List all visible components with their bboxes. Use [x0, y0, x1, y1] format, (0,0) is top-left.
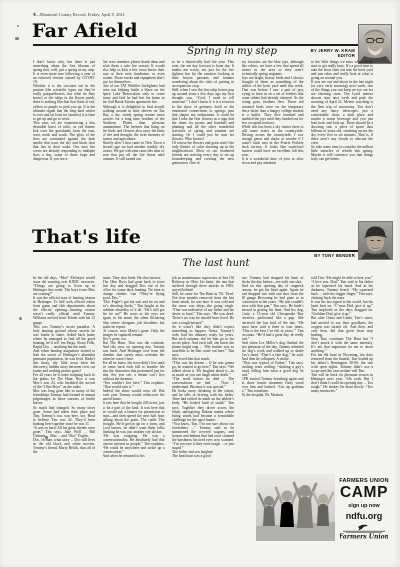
folio-text: —Mountrail County Record, Friday, April … [36, 12, 125, 17]
masthead-rule [33, 250, 391, 252]
portrait-man-glasses-beard-icon [359, 25, 391, 63]
article2-column-5: told Tim, “He might be able to hear you.… [311, 276, 373, 457]
farmers-union-logo-text: Farmers Union [340, 533, 388, 540]
portrait-man-cap-icon [359, 222, 392, 259]
section-masthead-far-afield: Far Afield [32, 20, 138, 42]
children-arms-raised-photo-icon [256, 474, 335, 541]
article2-column-1: In the old days, “Mac” McIntyre would is… [33, 276, 95, 546]
article2-column-2: hunts. They shot birds. He shot movies. … [103, 276, 165, 546]
article1-column-4: my favorites are the blue jays, although… [242, 60, 304, 218]
columnist-photo-tony-bender [358, 221, 393, 260]
article-title-the-last-hunt: The last hunt [136, 258, 296, 269]
scan-speck [19, 317, 22, 320]
article1-column-1: I don’t know why, but there is just some… [33, 60, 95, 218]
article1-column-5: to the little things we miss when things… [311, 60, 373, 218]
folio: 4—Mountrail County Record, Friday, April… [33, 12, 125, 18]
article2-column-3: job as maintenance supervisor at Sun Oil… [172, 276, 234, 546]
newspaper-page: 4—Mountrail County Record, Friday, April… [0, 0, 400, 567]
article1-column-2: fire crew member, please thank them and … [103, 60, 165, 218]
scan-speck [15, 37, 19, 40]
article1-column-3: to be a historically bad fire year. This… [172, 60, 234, 218]
ad-text-block: FARMERS UNION CAMP sign up now ndfu.org … [336, 478, 392, 546]
ad-signup-text: sign up now [336, 503, 392, 509]
scan-speck [17, 25, 19, 27]
editor-photo-jerry-kram [358, 24, 392, 64]
section-masthead-thats-life: That's life [32, 226, 141, 248]
farmers-union-camp-ad: FARMERS UNION CAMP sign up now ndfu.org … [252, 470, 392, 550]
ad-url: ndfu.org [336, 511, 392, 521]
ad-camp-word: CAMP [336, 485, 392, 500]
farmers-union-logo: Farmers Union [340, 523, 388, 541]
article-title-spring-in-my-step: Spring in my step [152, 46, 312, 57]
camp-kids-photo [256, 474, 335, 541]
article2-column-4: one. Tommy had dropped his limit of duck… [242, 276, 304, 457]
